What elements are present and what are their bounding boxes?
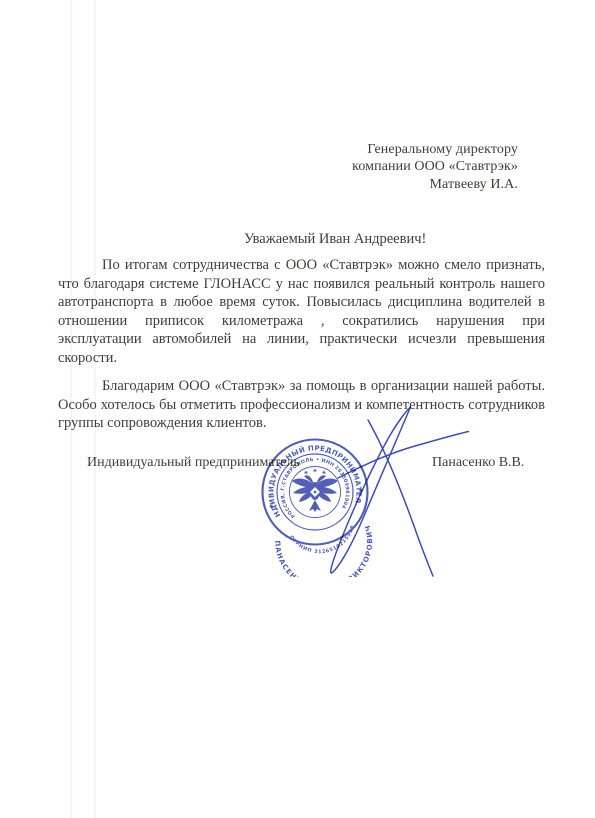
double-headed-eagle-icon <box>292 469 338 513</box>
recipient-line: компании ООО «Ставтрэк» <box>352 158 518 175</box>
recipient-line: Матвееву И.А. <box>352 176 518 193</box>
recipient-block: Генеральному директору компании ООО «Ста… <box>352 141 518 193</box>
salutation: Уважаемый Иван Андреевич! <box>244 231 426 248</box>
signer-name: Панасенко В.В. <box>432 455 524 471</box>
recipient-line: Генеральному директору <box>352 141 518 158</box>
scanned-letter-page: Генеральному директору компании ООО «Ста… <box>0 0 595 818</box>
company-stamp: ИНДИВИДУАЛЬНЫЙ ПРЕДПРИНИМАТЕЛЬ ПАНАСЕНКО… <box>230 407 400 577</box>
paragraph: По итогам сотрудничества с ООО «Ставтрэк… <box>58 256 545 367</box>
